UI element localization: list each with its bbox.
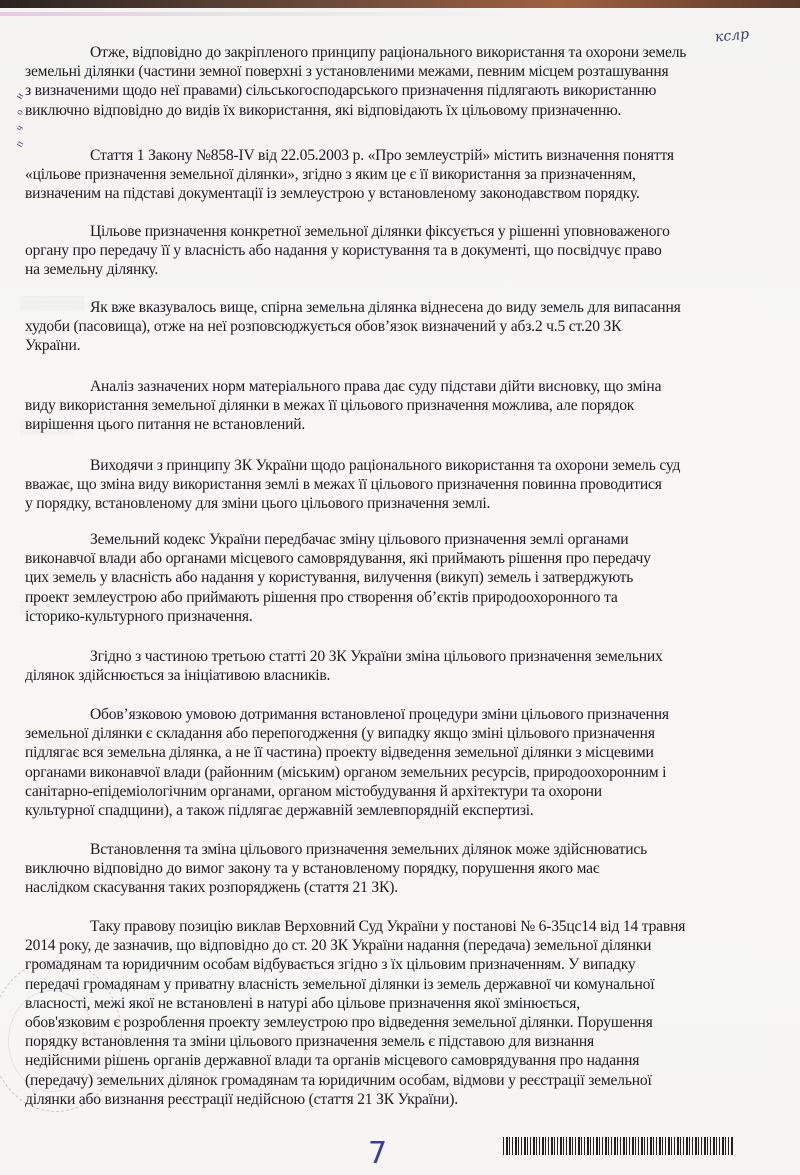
text-line: виконавчої влади або органами місцевого … [25,549,763,568]
text-line: наслідком скасування таких розпоряджень … [25,878,763,897]
text-line: «цільове призначення земельної ділянки»,… [25,165,763,184]
text-line: виду використання земельної ділянки в ме… [25,396,763,415]
text-line: України. [25,336,763,355]
paragraph-1: Отже, відповідно до закріпленого принцип… [25,43,763,120]
text-line: Встановлення та зміна цільового призначе… [25,840,763,859]
text-line: власності, межі якої не встановлені в на… [25,994,763,1013]
text-line: Стаття 1 Закону №858-IV від 22.05.2003 р… [25,146,763,165]
text-line: худоби (пасовища), отже на неї розповсюд… [25,317,763,336]
text-line: виключно відповідно до вимог закону та у… [25,859,763,878]
paragraph-5: Аналіз зазначених норм матеріального пра… [25,377,763,435]
text-line: вважає, що зміна виду використання землі… [25,475,763,494]
text-line: громадянам та юридичним особам відбуваєт… [25,955,763,974]
text-line: з визначеними щодо неї правами) сільсько… [25,81,763,100]
paragraph-9: Обов’язковою умовою дотримання встановле… [25,705,763,820]
scanned-document-page: ▒▒▒▒▒▒▒ ▒▒▒▒▒▒ ▒▒▒▒▒▒▒ кслр н о ч п Отже… [0,0,800,1175]
text-line: проект землеустрою або приймають рішення… [25,588,763,607]
text-line: Земельний кодекс України передбачає змін… [25,530,763,549]
text-line: недійсними рішень органів державної влад… [25,1051,763,1070]
paragraph-3: Цільове призначення конкретної земельної… [25,222,763,280]
text-line: Як вже вказувалось вище, спірна земельна… [25,298,763,317]
text-line: вирішення цього питання не встановлений. [25,415,763,434]
text-line: Обов’язковою умовою дотримання встановле… [25,705,763,724]
text-line: Аналіз зазначених норм матеріального пра… [25,377,763,396]
text-line: історико-культурного призначення. [25,607,763,626]
paragraph-11: Таку правову позицію виклав Верховний Су… [25,917,763,1109]
text-line: виключно відповідно до видів їх використ… [25,101,763,120]
text-line: ділянки або визнання реєстрації недійсно… [25,1090,763,1109]
text-line: обов'язковим є розроблення проекту земле… [25,1013,763,1032]
text-line: органами виконавчої влади (районним (міс… [25,763,763,782]
text-line: порядку встановлення та зміни цільового … [25,1032,763,1051]
text-line: визначеним на підставі документації із з… [25,184,763,203]
text-line: Отже, відповідно до закріпленого принцип… [25,43,763,62]
paragraph-10: Встановлення та зміна цільового призначе… [25,840,763,898]
text-line: земельної ділянки є складання або перепо… [25,724,763,743]
text-line: Згідно з частиною третьою статті 20 ЗК У… [25,647,763,666]
barcode [503,1137,733,1155]
paragraph-7: Земельний кодекс України передбачає змін… [25,530,763,626]
text-line: 2014 року, де зазначив, що відповідно до… [25,936,763,955]
text-line: підлягає вся земельна ділянка, а не її ч… [25,743,763,762]
text-line: санітарно-епідеміологічним органами, орг… [25,782,763,801]
text-line: Виходячи з принципу ЗК України щодо раці… [25,456,763,475]
paragraph-8: Згідно з частиною третьою статті 20 ЗК У… [25,647,763,685]
text-line: передачі громадянам у приватну власність… [25,975,763,994]
text-line: Цільове призначення конкретної земельної… [25,222,763,241]
text-line: (передачу) земельних ділянок громадянам … [25,1071,763,1090]
text-line: на земельну ділянку. [25,260,763,279]
paragraph-4: Як вже вказувалось вище, спірна земельна… [25,298,763,356]
handwritten-page-number: 7 [368,1136,387,1171]
text-line: органу про передачу її у власність або н… [25,241,763,260]
scan-top-edge [0,0,800,8]
text-line: культурної спадщини), а також підлягає д… [25,801,763,820]
text-line: земельні ділянки (частини земної поверхн… [25,62,763,81]
text-line: ділянок здійснюється за ініціативою влас… [25,666,763,685]
paragraph-6: Виходячи з принципу ЗК України щодо раці… [25,456,763,514]
paragraph-2: Стаття 1 Закону №858-IV від 22.05.2003 р… [25,146,763,204]
text-line: Таку правову позицію виклав Верховний Су… [25,917,763,936]
text-line: цих земель у власність або надання у кор… [25,568,763,587]
scan-smudge [0,12,520,16]
text-line: у порядку, встановленому для зміни цього… [25,494,763,513]
